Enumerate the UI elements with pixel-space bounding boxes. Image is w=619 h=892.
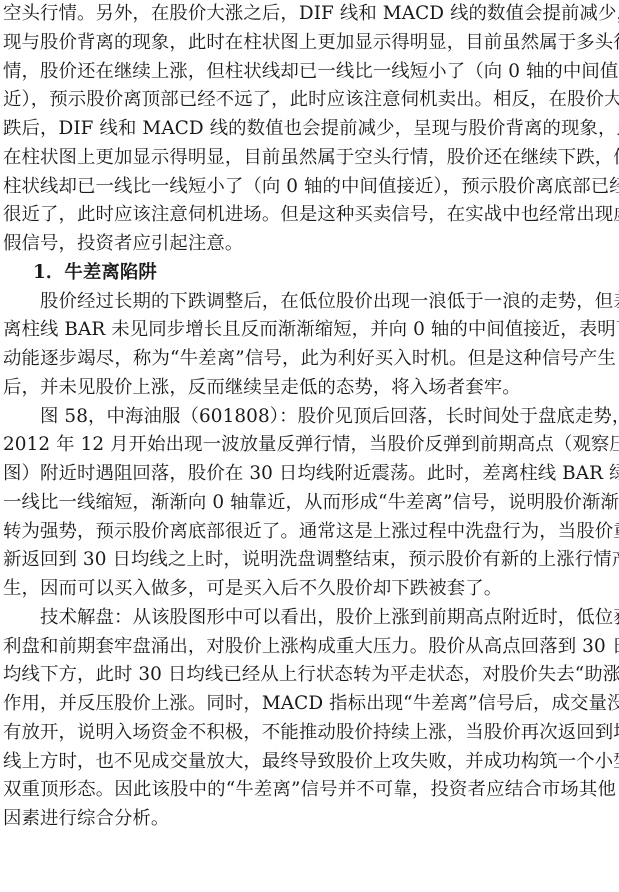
paragraph-continuation: 空头行情。另外，在股价大涨之后，DIF 线和 MACD 线的数值会提前减少，呈 …	[3, 0, 616, 259]
section-heading: 1．牛差离陷阱	[3, 259, 616, 288]
text-line: 双重顶形态。因此该股中的“牛差离”信号并不可靠，投资者应结合市场其他	[3, 776, 616, 805]
paragraph-definition: 股价经过长期的下跌调整后，在低位股价出现一浪低于一浪的走势，但差 离柱线 BAR…	[3, 288, 616, 403]
text-line: 动能逐步竭尽，称为“牛差离”信号，此为利好买入时机。但是这种信号产生	[3, 345, 616, 374]
paragraph-analysis: 技术解盘：从该股图形中可以看出，股价上涨到前期高点附近时，低位获 利盘和前期套牢…	[3, 604, 616, 834]
text-line: 利盘和前期套牢盘涌出，对股价上涨构成重大压力。股价从高点回落到 30 日	[3, 633, 616, 662]
text-line: 近），预示股价离顶部已经不远了，此时应该注意伺机卖出。相反，在股价大	[3, 86, 616, 115]
text-line: 柱状线却已一线比一线短小了（向 0 轴的中间值接近），预示股价离底部已经	[3, 173, 616, 202]
text-line: 转为强势，预示股价离底部很近了。通常这是上涨过程中洗盘行为，当股价重	[3, 518, 616, 547]
text-line: 股价经过长期的下跌调整后，在低位股价出现一浪低于一浪的走势，但差	[3, 288, 616, 317]
text-line: 均线下方，此时 30 日均线已经从上行状态转为平走状态，对股价失去“助涨”	[3, 661, 616, 690]
text-line: 作用，并反压股价上涨。同时，MACD 指标出现“牛差离”信号后，成交量没	[3, 690, 616, 719]
text-line: 生，因而可以买入做多，可是买入后不久股价却下跌被套了。	[3, 575, 616, 604]
text-line: 一线比一线缩短，渐渐向 0 轴靠近，从而形成“牛差离”信号，说明股价渐渐	[3, 489, 616, 518]
text-line: 图 58，中海油服（601808）：股价见顶后回落，长时间处于盘底走势，	[3, 403, 616, 432]
text-line: 图）附近时遇阻回落，股价在 30 日均线附近震荡。此时，差离柱线 BAR 绿柱	[3, 460, 616, 489]
text-line: 现与股价背离的现象，此时在柱状图上更加显示得明显，目前虽然属于多头行	[3, 29, 616, 58]
text-line: 空头行情。另外，在股价大涨之后，DIF 线和 MACD 线的数值会提前减少，呈	[3, 0, 616, 29]
text-line: 2012 年 12 月开始出现一波放量反弹行情，当股价反弹到前期高点（观察压缩	[3, 431, 616, 460]
text-line: 假信号，投资者应引起注意。	[3, 230, 616, 259]
text-line: 离柱线 BAR 未见同步增长且反而渐渐缩短，并向 0 轴的中间值接近，表明下跌	[3, 316, 616, 345]
text-line: 跌后，DIF 线和 MACD 线的数值也会提前减少，呈现与股价背离的现象，此时	[3, 115, 616, 144]
document-page: 空头行情。另外，在股价大涨之后，DIF 线和 MACD 线的数值会提前减少，呈 …	[0, 0, 619, 892]
text-line: 很近了，此时应该注意伺机进场。但是这种买卖信号，在实战中也经常出现虚	[3, 201, 616, 230]
text-line: 后，并未见股价上涨，反而继续呈走低的态势，将入场者套牢。	[3, 374, 616, 403]
text-line: 线上方时，也不见成交量放大，最终导致股价上攻失败，并成功构筑一个小型	[3, 748, 616, 777]
text-line: 情，股价还在继续上涨，但柱状线却已一线比一线短小了（向 0 轴的中间值接	[3, 58, 616, 87]
text-line: 因素进行综合分析。	[3, 805, 616, 834]
text-line: 在柱状图上更加显示得明显，目前虽然属于空头行情，股价还在继续下跌，但	[3, 144, 616, 173]
paragraph-example: 图 58，中海油服（601808）：股价见顶后回落，长时间处于盘底走势， 201…	[3, 403, 616, 604]
text-line: 有放开，说明入场资金不积极，不能推动股价持续上涨，当股价再次返回到均	[3, 719, 616, 748]
text-line: 新返回到 30 日均线之上时，说明洗盘调整结束，预示股价有新的上涨行情产	[3, 546, 616, 575]
text-line: 技术解盘：从该股图形中可以看出，股价上涨到前期高点附近时，低位获	[3, 604, 616, 633]
